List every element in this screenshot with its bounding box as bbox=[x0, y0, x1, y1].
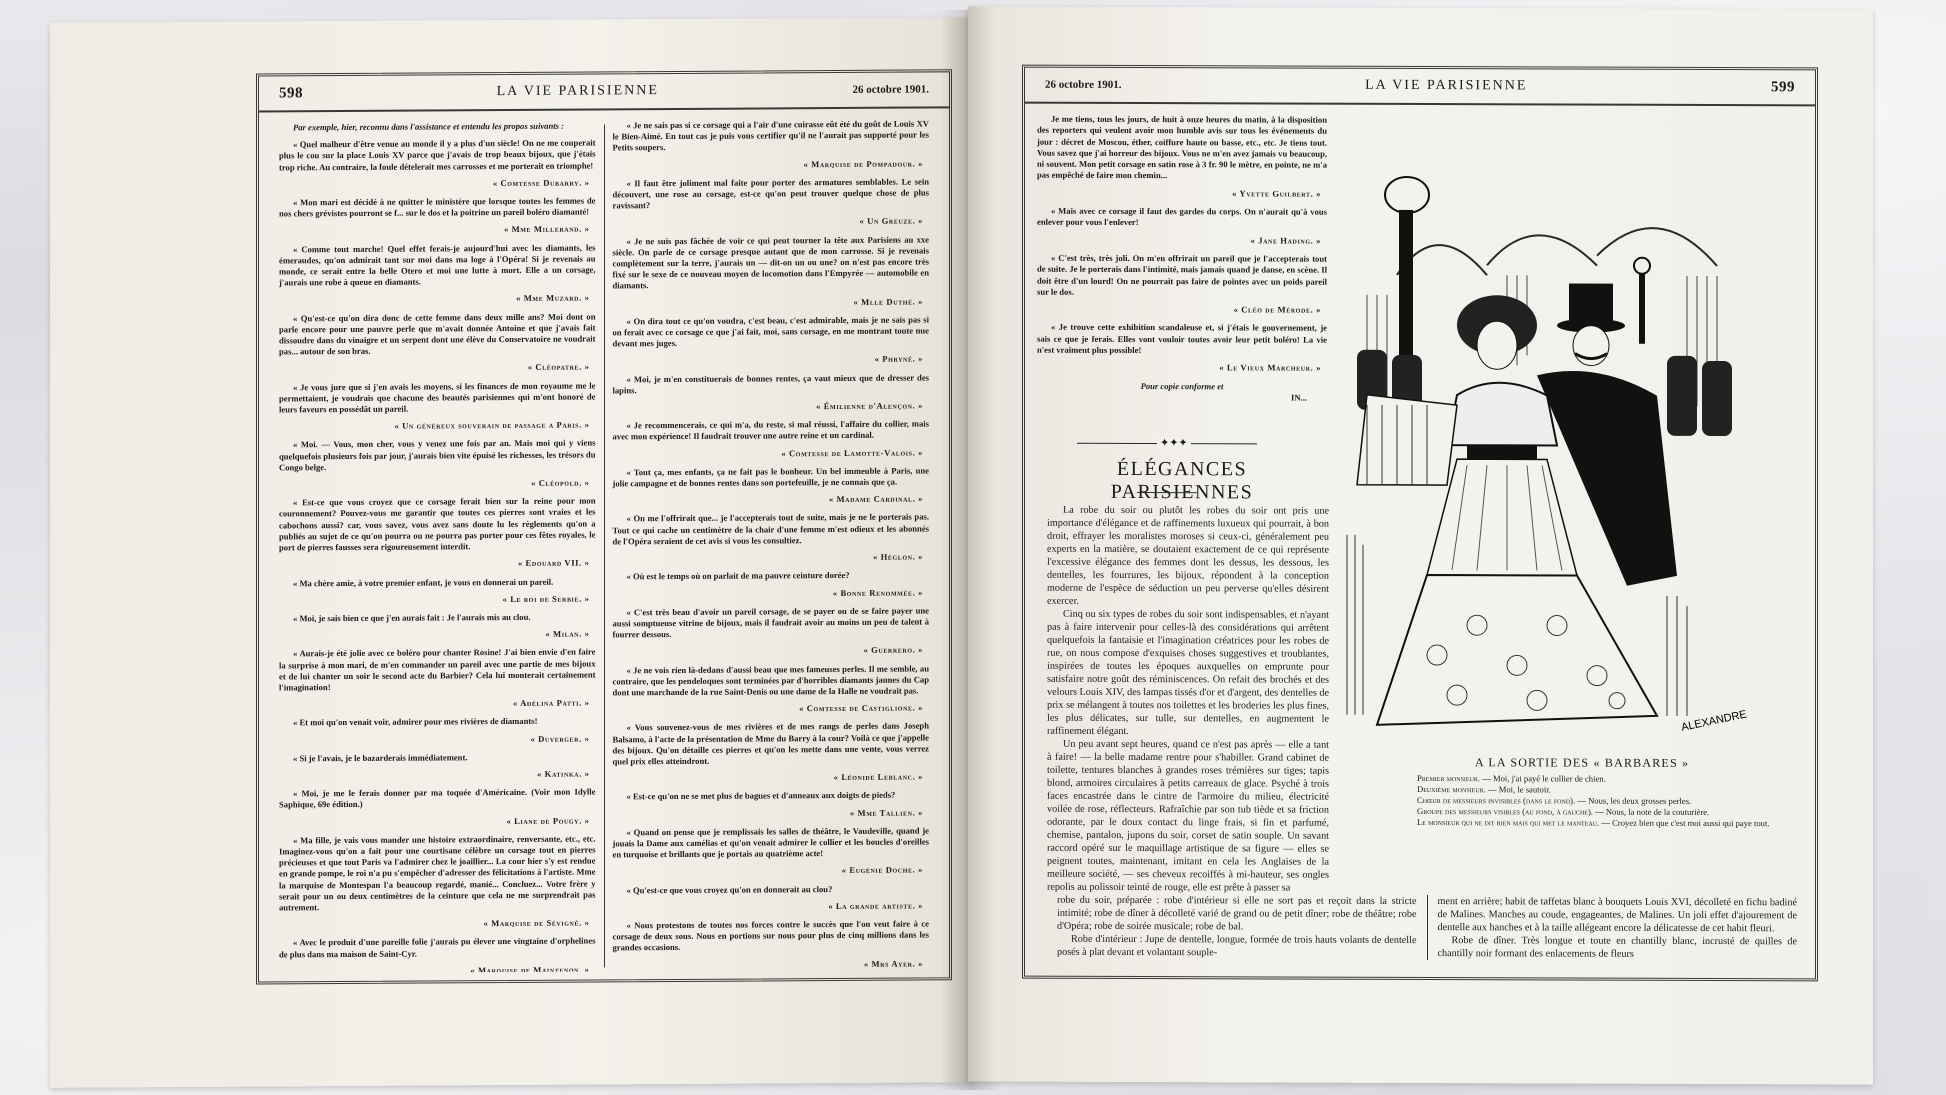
caption-speaker: Deuxième monsieur. bbox=[1417, 784, 1486, 794]
quote-signature: « Mme Millerand. » bbox=[279, 224, 590, 237]
left-page-header: 598 LA VIE PARISIENNE 26 octobre 1901. bbox=[259, 72, 949, 112]
caption-speaker: Premier monsieur. bbox=[1417, 773, 1480, 783]
quote-signature: « Marquise de Maintenon. » bbox=[279, 964, 590, 973]
quote-text: « Je recommencerais, ce qui m'a, du rest… bbox=[613, 419, 930, 443]
quote-text: « Je ne sais pas si ce corsage qui a l'a… bbox=[613, 118, 930, 154]
quote-text: « Tout ça, mes enfants, ça ne fait pas l… bbox=[613, 465, 930, 489]
quote-signature: « Le Vieux Marcheur. » bbox=[1037, 362, 1321, 374]
quote-signature: « Yvette Guilbert. » bbox=[1037, 187, 1321, 199]
quote-signature: « Un généreux souverain de passage a Par… bbox=[279, 420, 590, 433]
quote-text: « Vous souvenez-vous de mes rivières et … bbox=[613, 721, 930, 768]
quote-text: « C'est très, très joli. On m'en offrira… bbox=[1037, 253, 1327, 299]
quote-text: « Je ne vois rien là-dedans d'aussi beau… bbox=[613, 663, 930, 699]
quote-text: « Est-ce que vous croyez que ce corsage … bbox=[279, 496, 596, 554]
quote-signature: « Mme Muzard. » bbox=[279, 293, 590, 306]
caption-dialogue: — Croyez bien que c'est moi aussi qui pa… bbox=[1601, 818, 1769, 829]
quote-text: « Je ne suis pas fâchée de voir ce qui p… bbox=[613, 234, 930, 292]
artist-signature: ALEXANDRE bbox=[1680, 708, 1748, 733]
caption-dialogue: — Nous, la note de la couturière. bbox=[1595, 807, 1709, 817]
left-page-frame: 598 LA VIE PARISIENNE 26 octobre 1901. P… bbox=[256, 69, 952, 984]
quote-signature: « Léonide Leblanc. » bbox=[613, 772, 924, 785]
quote-signature: « Milan. » bbox=[279, 629, 590, 642]
quote-signature: « Marquise de Sévigné. » bbox=[279, 918, 590, 931]
quote-signature: « Héglon. » bbox=[613, 552, 924, 565]
quote-signature: « Marquise de Pompadour. » bbox=[613, 158, 924, 171]
quote-signature: « Comtesse Dubarry. » bbox=[279, 177, 590, 190]
quote-signature: « Guerrero. » bbox=[613, 645, 924, 658]
quote-text: « Moi, je me le ferais donner par ma toq… bbox=[279, 787, 596, 811]
quote-signature: « Cléopatre. » bbox=[279, 362, 590, 375]
quote-text: Je me tiens, tous les jours, de huit à o… bbox=[1037, 114, 1327, 183]
quote-signature: « Le roi de Serbie. » bbox=[279, 593, 590, 606]
ornament-divider: ✦✦✦ bbox=[1077, 439, 1257, 450]
quote-text: « Nous protestons de toutes nos forces c… bbox=[613, 918, 930, 954]
quote-text: « Je trouve cette exhibition scandaleuse… bbox=[1037, 322, 1327, 357]
lower-left-column: robe du soir, préparée : robe d'intérieu… bbox=[1047, 894, 1427, 960]
caption-speaker: Le monsieur qui ne dit rien mais qui met… bbox=[1417, 817, 1599, 828]
article-body: La robe du soir ou plutôt les robes du s… bbox=[1047, 504, 1329, 895]
page-number: 599 bbox=[1771, 79, 1795, 96]
quote-text: « Si je l'avais, je le bazarderais imméd… bbox=[279, 751, 596, 764]
fleuron-icon: ✦✦✦ bbox=[1157, 436, 1191, 449]
lower-right-column: ment en arrière; habit de taffetas blanc… bbox=[1428, 895, 1808, 961]
page-number: 598 bbox=[279, 85, 303, 102]
left-column-2: « Je ne sais pas si ce corsage qui a l'a… bbox=[605, 118, 938, 971]
quote-text: « Et moi qu'on venait voir, admirer pour… bbox=[279, 716, 596, 729]
quote-signature: « Adélina Patti. » bbox=[279, 698, 590, 711]
quote-signature: « Madame Cardinal. » bbox=[613, 494, 924, 507]
quote-text: « On dira tout ce qu'on voudra, c'est be… bbox=[613, 314, 930, 350]
quote-text: « Aurais-je été jolie avec ce boléro pou… bbox=[279, 647, 596, 694]
quote-signature: « Eugénie Doche. » bbox=[613, 865, 924, 878]
article-paragraph: robe du soir, préparée : robe d'intérieu… bbox=[1057, 894, 1417, 934]
quote-text: « Moi. — Vous, mon cher, vous y venez un… bbox=[279, 438, 596, 474]
article-paragraph: La robe du soir ou plutôt les robes du s… bbox=[1047, 504, 1329, 609]
quote-signature: « Duverger. » bbox=[279, 733, 590, 746]
quote-text: « Comme tout marche! Quel effet ferais-j… bbox=[279, 242, 596, 289]
article-paragraph: Robe de dîner. Très longue et toute en c… bbox=[1438, 934, 1798, 961]
caption-title: A LA SORTIE DES « BARBARES » bbox=[1437, 755, 1895, 772]
quote-text: « Est-ce qu'on ne se met plus de bagues … bbox=[613, 790, 930, 803]
closing-line: Pour copie conforme et bbox=[1037, 380, 1327, 392]
running-title: LA VIE PARISIENNE bbox=[497, 83, 659, 100]
caption-dialogue: — Moi, le sautoir. bbox=[1488, 784, 1551, 794]
quote-text: « Mais avec ce corsage il faut des garde… bbox=[1037, 206, 1327, 230]
quote-text: « Il faut être joliment mal faite pour p… bbox=[613, 176, 930, 212]
article-paragraph: Robe d'intérieur : Jupe de dentelle, lon… bbox=[1057, 933, 1417, 960]
quote-signature: « Cléopold. » bbox=[279, 478, 590, 491]
caption-dialogue: — Nous, les deux grosses perles. bbox=[1577, 796, 1691, 806]
left-page: 598 LA VIE PARISIENNE 26 octobre 1901. P… bbox=[50, 17, 970, 1088]
left-column-1: Par exemple, hier, reconnu dans l'assist… bbox=[271, 120, 604, 973]
running-title: LA VIE PARISIENNE bbox=[1365, 78, 1527, 95]
quote-signature: « Un Greuze. » bbox=[613, 216, 924, 229]
quote-signature: « Edouard VII. » bbox=[279, 558, 590, 571]
caption-dialogue: — Moi, j'ai payé le collier de chien. bbox=[1482, 773, 1606, 783]
quote-text: « Quel malheur d'être venue au monde il … bbox=[279, 138, 596, 174]
illustration-caption: Premier monsieur. — Moi, j'ai payé le co… bbox=[1407, 773, 1847, 830]
article-paragraph: Cinq ou six types de robes du soir sont … bbox=[1047, 608, 1329, 739]
quote-text: « Moi, je sais bien ce que j'en aurais f… bbox=[279, 611, 596, 624]
quote-signature: « Cléo de Mérode. » bbox=[1037, 304, 1321, 316]
article-continuation: robe du soir, préparée : robe d'intérieu… bbox=[1047, 894, 1807, 962]
caption-speaker: Chœur de messieurs invisibles (dans le f… bbox=[1417, 795, 1575, 806]
quote-text: « Avec le produit d'une pareille folie j… bbox=[279, 936, 596, 960]
quote-text: « Je vous jure que si j'en avais les moy… bbox=[279, 380, 596, 416]
right-page: 26 octobre 1901. LA VIE PARISIENNE 599 J… bbox=[968, 6, 1873, 1084]
caption-speaker: Groupe des messieurs visibles (au fond, … bbox=[1417, 806, 1593, 817]
quote-signature: « Émilienne d'Alençon. » bbox=[613, 401, 924, 414]
quote-text: « Ma chère amie, à votre premier enfant,… bbox=[279, 576, 596, 589]
right-top-column: Je me tiens, tous les jours, de huit à o… bbox=[1037, 114, 1327, 404]
right-page-frame: 26 octobre 1901. LA VIE PARISIENNE 599 J… bbox=[1022, 65, 1818, 982]
closing-signature: IN... bbox=[1037, 392, 1307, 404]
fashion-illustration: ALEXANDRE bbox=[1337, 155, 1797, 777]
issue-date: 26 octobre 1901. bbox=[1045, 79, 1121, 91]
quote-signature: « Comtesse de Castiglione. » bbox=[613, 703, 924, 716]
quote-text: « Ma fille, je vais vous mander une hist… bbox=[279, 833, 596, 913]
quote-text: « Qu'est-ce que vous croyez qu'on en don… bbox=[613, 883, 930, 896]
intro-text: Par exemple, hier, reconnu dans l'assist… bbox=[279, 120, 596, 133]
quote-text: « Quand on pense que je remplissais les … bbox=[613, 825, 930, 861]
quote-signature: « La grande artiste. » bbox=[613, 900, 924, 913]
quote-signature: « Mrs Ayer. » bbox=[613, 958, 924, 971]
article-paragraph: Un peu avant sept heures, quand ce n'est… bbox=[1047, 738, 1329, 895]
quote-signature: « Liane de Pougy. » bbox=[279, 815, 590, 828]
quote-signature: « Katinka. » bbox=[279, 768, 590, 781]
article-title: ÉLÉGANCES PARISIENNES bbox=[1047, 458, 1317, 505]
caption-line: Le monsieur qui ne dit rien mais qui met… bbox=[1407, 817, 1847, 830]
issue-date: 26 octobre 1901. bbox=[853, 83, 929, 95]
right-page-header: 26 octobre 1901. LA VIE PARISIENNE 599 bbox=[1025, 68, 1815, 107]
article-paragraph: ment en arrière; habit de taffetas blanc… bbox=[1438, 895, 1798, 935]
quote-text: « C'est très beau d'avoir un pareil cors… bbox=[613, 605, 930, 641]
quote-signature: « Phryné. » bbox=[613, 354, 924, 367]
quote-text: « Moi, je m'en constituerais de bonnes r… bbox=[613, 372, 930, 396]
quote-signature: « Mlle Duthé. » bbox=[613, 296, 924, 309]
quote-text: « Mon mari est décidé à ne quitter le mi… bbox=[279, 195, 596, 219]
quote-signature: « Jane Hading. » bbox=[1037, 234, 1321, 246]
quote-signature: « Mme Tallien. » bbox=[613, 807, 924, 820]
quote-text: « On me l'offrirait que... je l'accepter… bbox=[613, 512, 930, 548]
title-rule bbox=[1137, 492, 1197, 493]
quote-text: « Qu'est-ce qu'on dira donc de cette fem… bbox=[279, 311, 596, 358]
quote-text: « Où est le temps où on parlait de ma pa… bbox=[613, 570, 930, 583]
quote-signature: « Comtesse de Lamotte-Valois. » bbox=[613, 447, 924, 460]
quote-signature: « Bonne Renommée. » bbox=[613, 587, 924, 600]
